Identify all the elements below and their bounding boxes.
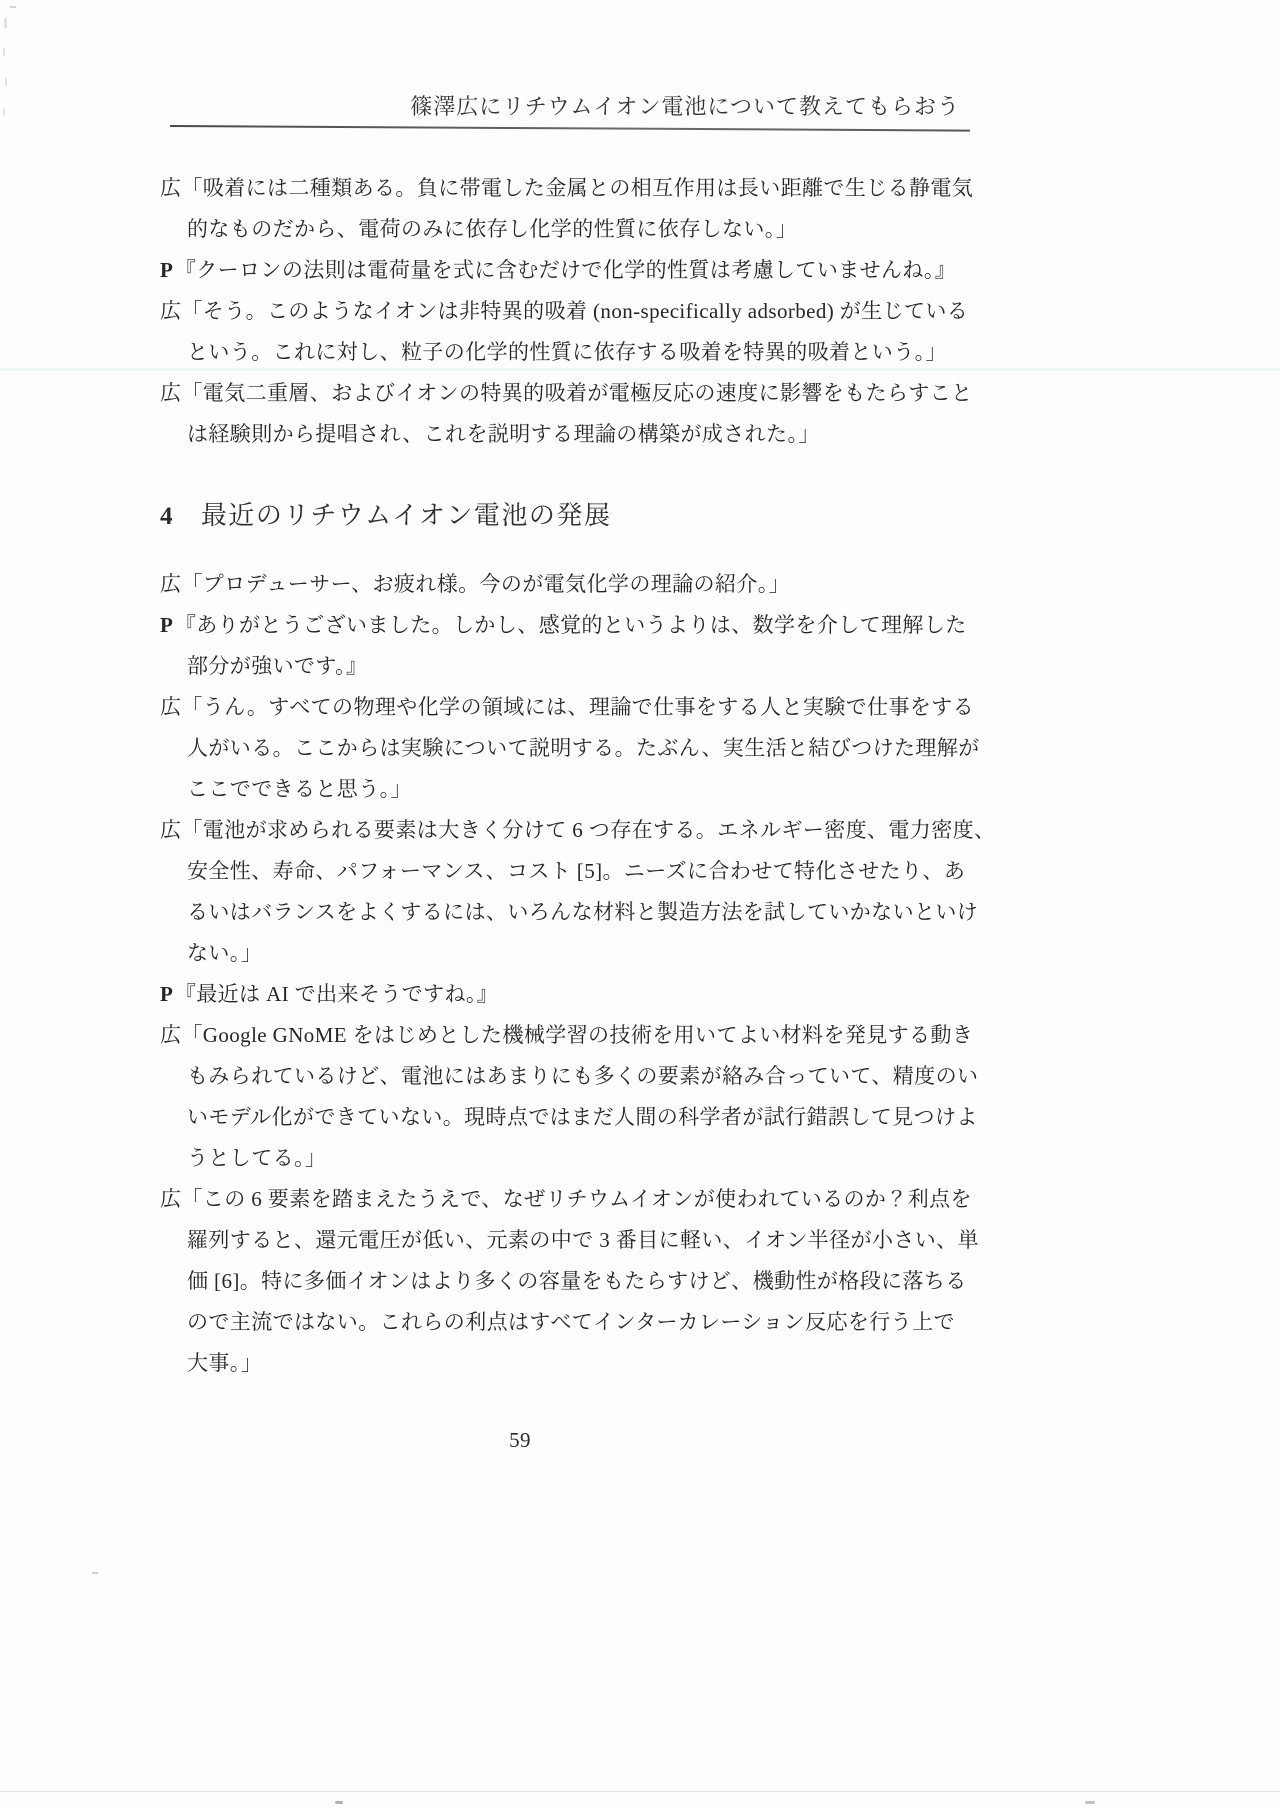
dialogue-line: いモデル化ができていない。現時点ではまだ人間の科学者が試行錯誤して見つけよ [160, 1097, 978, 1138]
dialogue-line: もみられているけど、電池にはあまりにも多くの要素が絡み合っていて、精度のい [160, 1056, 978, 1097]
scan-artifact [10, 6, 16, 8]
speaker-label: 広 [160, 299, 181, 323]
dialogue-line: P『最近は AI で出来そうですね。』 [160, 974, 978, 1015]
speaker-label: 広 [160, 176, 181, 200]
speaker-label: 広 [160, 381, 181, 405]
dialogue-line: るいはバランスをよくするには、いろんな材料と製造方法を試していかないといけ [160, 892, 978, 933]
section-heading: 4最近のリチウムイオン電池の発展 [160, 493, 978, 538]
speaker-label: 広 [160, 818, 181, 842]
dialogue-paragraph: P『クーロンの法則は電荷量を式に含むだけで化学的性質は考慮していませんね。』 [160, 250, 978, 291]
scan-artifact [5, 78, 7, 86]
dialogue-line: P『クーロンの法則は電荷量を式に含むだけで化学的性質は考慮していませんね。』 [160, 250, 978, 291]
scan-artifact [92, 1572, 98, 1574]
speaker-label: 広 [160, 1023, 181, 1047]
speaker-label: 広 [160, 1187, 181, 1211]
dialogue-text: 「うん。すべての物理や化学の領域には、理論で仕事をする人と実験で仕事をする [181, 695, 974, 719]
document-page: 篠澤広にリチウムイオン電池について教えてもらおう 広「吸着には二種類ある。負に帯… [0, 0, 1280, 1809]
dialogue-line: 価 [6]。特に多価イオンはより多くの容量をもたらすけど、機動性が格段に落ちる [160, 1261, 978, 1302]
section-title: 最近のリチウムイオン電池の発展 [201, 500, 611, 530]
dialogue-text: 「そう。このようなイオンは非特異的吸着 (non-specifically ad… [181, 299, 968, 323]
dialogue-line: 羅列すると、還元電圧が低い、元素の中で 3 番目に軽い、イオン半径が小さい、単 [160, 1220, 978, 1261]
dialogue-line: 広「そう。このようなイオンは非特異的吸着 (non-specifically a… [160, 291, 978, 332]
dialogue-line: 広「電池が求められる要素は大きく分けて 6 つ存在する。エネルギー密度、電力密度… [160, 810, 978, 851]
dialogue-line: 広「この 6 要素を踏まえたうえで、なぜリチウムイオンが使われているのか？利点を [160, 1179, 978, 1220]
dialogue-line: 広「うん。すべての物理や化学の領域には、理論で仕事をする人と実験で仕事をする [160, 687, 978, 728]
speaker-label: P [160, 982, 175, 1006]
dialogue-text: 「電気二重層、およびイオンの特異的吸着が電極反応の速度に影響をもたらすこと [181, 381, 972, 405]
scan-artifact [3, 108, 5, 116]
dialogue-paragraph: 広「吸着には二種類ある。負に帯電した金属との相互作用は長い距離で生じる静電気 的… [160, 168, 978, 250]
scan-artifact [335, 1801, 343, 1804]
dialogue-line: 広「吸着には二種類ある。負に帯電した金属との相互作用は長い距離で生じる静電気 [160, 168, 978, 209]
page-content: 広「吸着には二種類ある。負に帯電した金属との相互作用は長い距離で生じる静電気 的… [160, 168, 978, 1454]
scan-artifact [1085, 1801, 1095, 1804]
section-number: 4 [160, 503, 173, 530]
scan-artifact [4, 18, 7, 28]
dialogue-paragraph: 広「そう。このようなイオンは非特異的吸着 (non-specifically a… [160, 291, 978, 373]
dialogue-text: 『クーロンの法則は電荷量を式に含むだけで化学的性質は考慮していませんね。』 [175, 258, 956, 282]
dialogue-text: 『最近は AI で出来そうですね。』 [175, 982, 498, 1006]
dialogue-text: 「この 6 要素を踏まえたうえで、なぜリチウムイオンが使われているのか？利点を [181, 1187, 972, 1211]
dialogue-line: 広「Google GNoME をはじめとした機械学習の技術を用いてよい材料を発見… [160, 1015, 978, 1056]
dialogue-text: 「吸着には二種類ある。負に帯電した金属との相互作用は長い距離で生じる静電気 [181, 176, 973, 200]
running-header-block: 篠澤広にリチウムイオン電池について教えてもらおう [170, 92, 970, 127]
dialogue-line: 部分が強いです。』 [160, 646, 978, 687]
speaker-label: 広 [160, 695, 181, 719]
dialogue-paragraph: 広「電気二重層、およびイオンの特異的吸着が電極反応の速度に影響をもたらすこと は… [160, 373, 978, 455]
dialogue-line: 大事。」 [160, 1343, 978, 1384]
dialogue-paragraph: 広「この 6 要素を踏まえたうえで、なぜリチウムイオンが使われているのか？利点を… [160, 1179, 978, 1384]
dialogue-line: 広「プロデューサー、お疲れ様。今のが電気化学の理論の紹介。」 [160, 564, 978, 605]
header-rule [170, 125, 970, 132]
speaker-label: P [160, 258, 175, 282]
dialogue-text: 「プロデューサー、お疲れ様。今のが電気化学の理論の紹介。」 [181, 572, 790, 596]
dialogue-line: ここでできると思う。」 [160, 769, 978, 810]
dialogue-paragraph: 広「プロデューサー、お疲れ様。今のが電気化学の理論の紹介。」 [160, 564, 978, 605]
dialogue-paragraph: P『ありがとうございました。しかし、感覚的というよりは、数学を介して理解した 部… [160, 605, 978, 687]
dialogue-paragraph: P『最近は AI で出来そうですね。』 [160, 974, 978, 1015]
dialogue-line: うとしてる。」 [160, 1138, 978, 1179]
dialogue-text: 「電池が求められる要素は大きく分けて 6 つ存在する。エネルギー密度、電力密度、 [181, 818, 995, 842]
speaker-label: P [160, 613, 175, 637]
page-footer: 59 [115, 1426, 925, 1454]
dialogue-paragraph: 広「Google GNoME をはじめとした機械学習の技術を用いてよい材料を発見… [160, 1015, 978, 1179]
dialogue-paragraph: 広「電池が求められる要素は大きく分けて 6 つ存在する。エネルギー密度、電力密度… [160, 810, 978, 974]
dialogue-line: 人がいる。ここからは実験について説明する。たぶん、実生活と結びつけた理解が [160, 728, 978, 769]
dialogue-line: という。これに対し、粒子の化学的性質に依存する吸着を特異的吸着という。」 [160, 332, 978, 373]
running-header-title: 篠澤広にリチウムイオン電池について教えてもらおう [170, 92, 970, 122]
scan-artifact [0, 1791, 1280, 1792]
dialogue-paragraph: 広「うん。すべての物理や化学の領域には、理論で仕事をする人と実験で仕事をする 人… [160, 687, 978, 810]
dialogue-line: ので主流ではない。これらの利点はすべてインターカレーション反応を行う上で [160, 1302, 978, 1343]
page-number: 59 [115, 1426, 925, 1454]
dialogue-section-li-ion-development: 広「プロデューサー、お疲れ様。今のが電気化学の理論の紹介。」 P『ありがとうござ… [160, 564, 978, 1384]
dialogue-line: ない。」 [160, 933, 978, 974]
dialogue-text: 「Google GNoME をはじめとした機械学習の技術を用いてよい材料を発見す… [181, 1023, 973, 1047]
scan-artifact [3, 48, 5, 56]
dialogue-line: 的なものだから、電荷のみに依存し化学的性質に依存しない。」 [160, 209, 978, 250]
dialogue-line: 安全性、寿命、パフォーマンス、コスト [5]。ニーズに合わせて特化させたり、あ [160, 851, 978, 892]
speaker-label: 広 [160, 572, 181, 596]
dialogue-line: P『ありがとうございました。しかし、感覚的というよりは、数学を介して理解した [160, 605, 978, 646]
dialogue-line: 広「電気二重層、およびイオンの特異的吸着が電極反応の速度に影響をもたらすこと [160, 373, 978, 414]
dialogue-text: 『ありがとうございました。しかし、感覚的というよりは、数学を介して理解した [175, 613, 967, 637]
dialogue-line: は経験則から提唱され、これを説明する理論の構築が成された。」 [160, 414, 978, 455]
dialogue-section-electrochemistry: 広「吸着には二種類ある。負に帯電した金属との相互作用は長い距離で生じる静電気 的… [160, 168, 978, 455]
